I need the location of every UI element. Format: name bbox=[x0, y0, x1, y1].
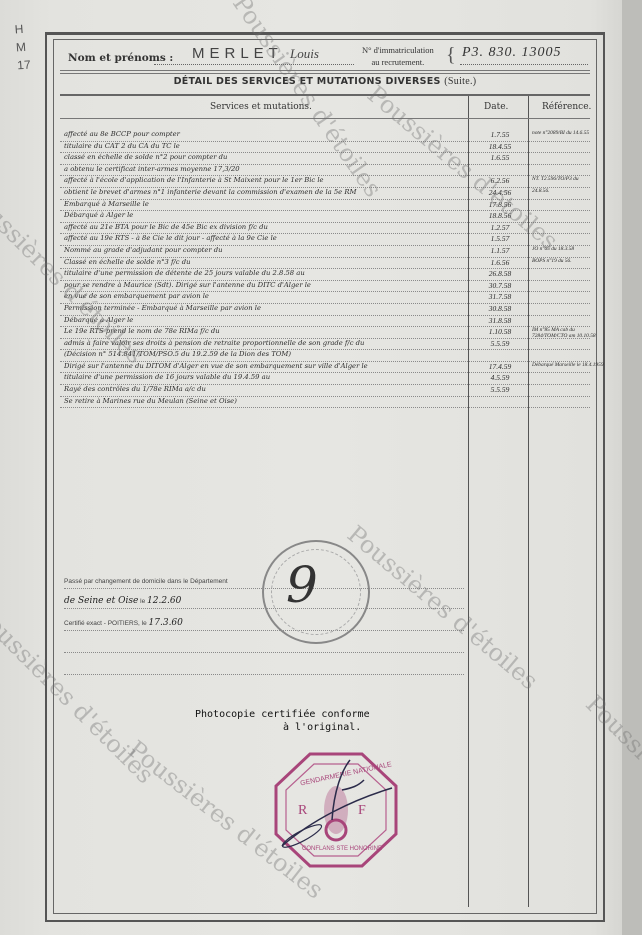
service-text: Rayé des contrôles du 1/78e RIMa a/c du bbox=[64, 385, 464, 393]
table-row: titulaire d'une permission de détente de… bbox=[60, 269, 590, 281]
table-row: pour se rendre à Maurice (Sdt). Dirigé s… bbox=[60, 281, 590, 293]
entry-date: 1.7.55 bbox=[472, 130, 528, 139]
service-text: titulaire d'une permission de 16 jours v… bbox=[64, 373, 464, 381]
entry-date: 1.5.57 bbox=[472, 234, 528, 243]
service-text: Débarqué à Alger le bbox=[64, 211, 464, 219]
table-row: affecté au 19e RTS - à 8e Cie le dit jou… bbox=[60, 234, 590, 246]
service-text: Embarqué à Marseille le bbox=[64, 200, 464, 208]
entry-date: 18.4.55 bbox=[472, 142, 528, 151]
name-label: Nom et prénoms : bbox=[68, 52, 173, 64]
gendarmerie-stamp-icon: R F GENDARMERIE NATIONALE CONFLANS STE H… bbox=[272, 750, 400, 870]
entry-date: 1.6.55 bbox=[472, 153, 528, 162]
table-row: Rayé des contrôles du 1/78e RIMa a/c du5… bbox=[60, 385, 590, 397]
svg-text:F: F bbox=[358, 803, 366, 818]
table-row: titulaire du CAT 2 du CA du TC le18.4.55 bbox=[60, 142, 590, 154]
table-row: en vue de son embarquement par avion le3… bbox=[60, 292, 590, 304]
service-text: affecté au 19e RTS - à 8e Cie le dit jou… bbox=[64, 234, 464, 242]
column-date: Date. bbox=[484, 102, 508, 112]
entry-date: 5.5.59 bbox=[472, 339, 528, 348]
table-row: affecté au 8e BCCP pour compter1.7.55not… bbox=[60, 130, 590, 142]
service-text: admis à faire valoir ses droits à pensio… bbox=[64, 339, 464, 347]
service-text: Se retire à Marines rue du Meulan (Seine… bbox=[64, 397, 464, 405]
service-text: classé en échelle de solde n°2 pour comp… bbox=[64, 153, 464, 161]
header-row: Nom et prénoms : MERLET Louis N° d'immat… bbox=[62, 44, 588, 70]
service-text: affecté au 8e BCCP pour compter bbox=[64, 130, 464, 138]
margin-note-3: 17 bbox=[17, 56, 32, 75]
entry-reference: note n°2089/BI du 14.6.55 bbox=[532, 130, 608, 136]
immatriculation-number: P3. 830. 13005 bbox=[462, 45, 562, 61]
entry-date: 17.8.56 bbox=[472, 200, 528, 209]
certification-text: Photocopie certifiée conforme à l'origin… bbox=[195, 708, 370, 734]
entry-date: 1.2.57 bbox=[472, 223, 528, 232]
entry-date: 1.1.57 bbox=[472, 246, 528, 255]
margin-note-1: H bbox=[14, 20, 29, 39]
column-reference: Référence. bbox=[542, 102, 591, 112]
service-text: en vue de son embarquement par avion le bbox=[64, 292, 464, 300]
service-text: Le 19e RTS prend le nom de 78e RIMa f/c … bbox=[64, 327, 464, 335]
service-text: affecté à l'école d'application de l'Inf… bbox=[64, 176, 464, 184]
entry-date: 17.4.59 bbox=[472, 362, 528, 371]
service-text: titulaire du CAT 2 du CA du TC le bbox=[64, 142, 464, 150]
service-text: titulaire d'une permission de détente de… bbox=[64, 269, 464, 277]
entry-date: 30.8.58 bbox=[472, 304, 528, 313]
entry-date: 5.5.59 bbox=[472, 385, 528, 394]
table-row: Se retire à Marines rue du Meulan (Seine… bbox=[60, 397, 590, 409]
table-row: Permission terminée - Embarqué à Marseil… bbox=[60, 304, 590, 316]
table-row: Embarqué à Marseille le17.8.56 bbox=[60, 200, 590, 212]
entry-date: 6.2.56 bbox=[472, 176, 528, 185]
entry-reference: 24.8.56. bbox=[532, 188, 608, 194]
service-text: Classé en échelle de solde n°3 f/c du bbox=[64, 258, 464, 266]
service-text: Nommé au grade d'adjudant pour compter d… bbox=[64, 246, 464, 254]
table-row: classé en échelle de solde n°2 pour comp… bbox=[60, 153, 590, 165]
service-text: (Décision n° 514.841/TOM/PSO.5 du 19.2.5… bbox=[64, 350, 464, 358]
table-row: Classé en échelle de solde n°3 f/c du1.6… bbox=[60, 258, 590, 270]
round-stamp: 9 bbox=[262, 540, 370, 644]
table-row: Débarqué à Alger le31.8.58 bbox=[60, 316, 590, 328]
svg-text:CONFLANS STE HONORINE: CONFLANS STE HONORINE bbox=[302, 846, 382, 852]
page-edge bbox=[622, 0, 642, 935]
table-row: Débarqué à Alger le18.8.56 bbox=[60, 211, 590, 223]
entry-reference: JO n°65 du 18.3.58 bbox=[532, 246, 608, 252]
immatriculation-label: N° d'immatriculation au recrutement. bbox=[362, 44, 434, 68]
entry-date: 31.8.58 bbox=[472, 316, 528, 325]
table-row: a obtenu le certificat inter-armes moyen… bbox=[60, 165, 590, 177]
table-row: affecté au 21e BTA pour le Bic de 45e Bi… bbox=[60, 223, 590, 235]
entry-date: 31.7.58 bbox=[472, 292, 528, 301]
service-text: Permission terminée - Embarqué à Marseil… bbox=[64, 304, 464, 312]
column-services: Services et mutations. bbox=[210, 102, 312, 112]
table-row: obtient le brevet d'armes n°1 infanterie… bbox=[60, 188, 590, 200]
entry-date: 30.7.58 bbox=[472, 281, 528, 290]
margin-note-2: M bbox=[15, 38, 30, 57]
svg-text:R: R bbox=[298, 803, 308, 818]
table-row: admis à faire valoir ses droits à pensio… bbox=[60, 339, 590, 351]
entry-date: 4.5.59 bbox=[472, 373, 528, 382]
table-row: Le 19e RTS prend le nom de 78e RIMa f/c … bbox=[60, 327, 590, 339]
table-row: (Décision n° 514.841/TOM/PSO.5 du 19.2.5… bbox=[60, 350, 590, 362]
table-row: affecté à l'école d'application de l'Inf… bbox=[60, 176, 590, 188]
service-text: affecté au 21e BTA pour le Bic de 45e Bi… bbox=[64, 223, 464, 231]
section-title: DÉTAIL DES SERVICES ET MUTATIONS DIVERSE… bbox=[54, 76, 596, 87]
service-text: Débarqué à Alger le bbox=[64, 316, 464, 324]
entry-reference: Débarqué Marseille le 18.4.1959 bbox=[532, 362, 608, 368]
entry-date: 1.10.58 bbox=[472, 327, 528, 336]
entry-date: 1.6.56 bbox=[472, 258, 528, 267]
surname: MERLET bbox=[192, 45, 283, 62]
entry-reference: BOPS n°19 du 56. bbox=[532, 258, 608, 264]
entry-date: 24.4.56 bbox=[472, 188, 528, 197]
service-text: a obtenu le certificat inter-armes moyen… bbox=[64, 165, 464, 173]
table-row: Nommé au grade d'adjudant pour compter d… bbox=[60, 246, 590, 258]
entry-date: 26.8.58 bbox=[472, 269, 528, 278]
service-text: pour se rendre à Maurice (Sdt). Dirigé s… bbox=[64, 281, 464, 289]
entries-list: affecté au 8e BCCP pour compter1.7.55not… bbox=[60, 130, 590, 408]
service-text: obtient le brevet d'armes n°1 infanterie… bbox=[64, 188, 464, 196]
first-name: Louis bbox=[290, 46, 319, 62]
table-row: titulaire d'une permission de 16 jours v… bbox=[60, 373, 590, 385]
service-text: Dirigé sur l'antenne du DITOM d'Alger en… bbox=[64, 362, 464, 370]
entry-reference: NT. T2.596/TO/P3 du bbox=[532, 176, 608, 182]
entry-date: 18.8.56 bbox=[472, 211, 528, 220]
table-row: Dirigé sur l'antenne du DITOM d'Alger en… bbox=[60, 362, 590, 374]
